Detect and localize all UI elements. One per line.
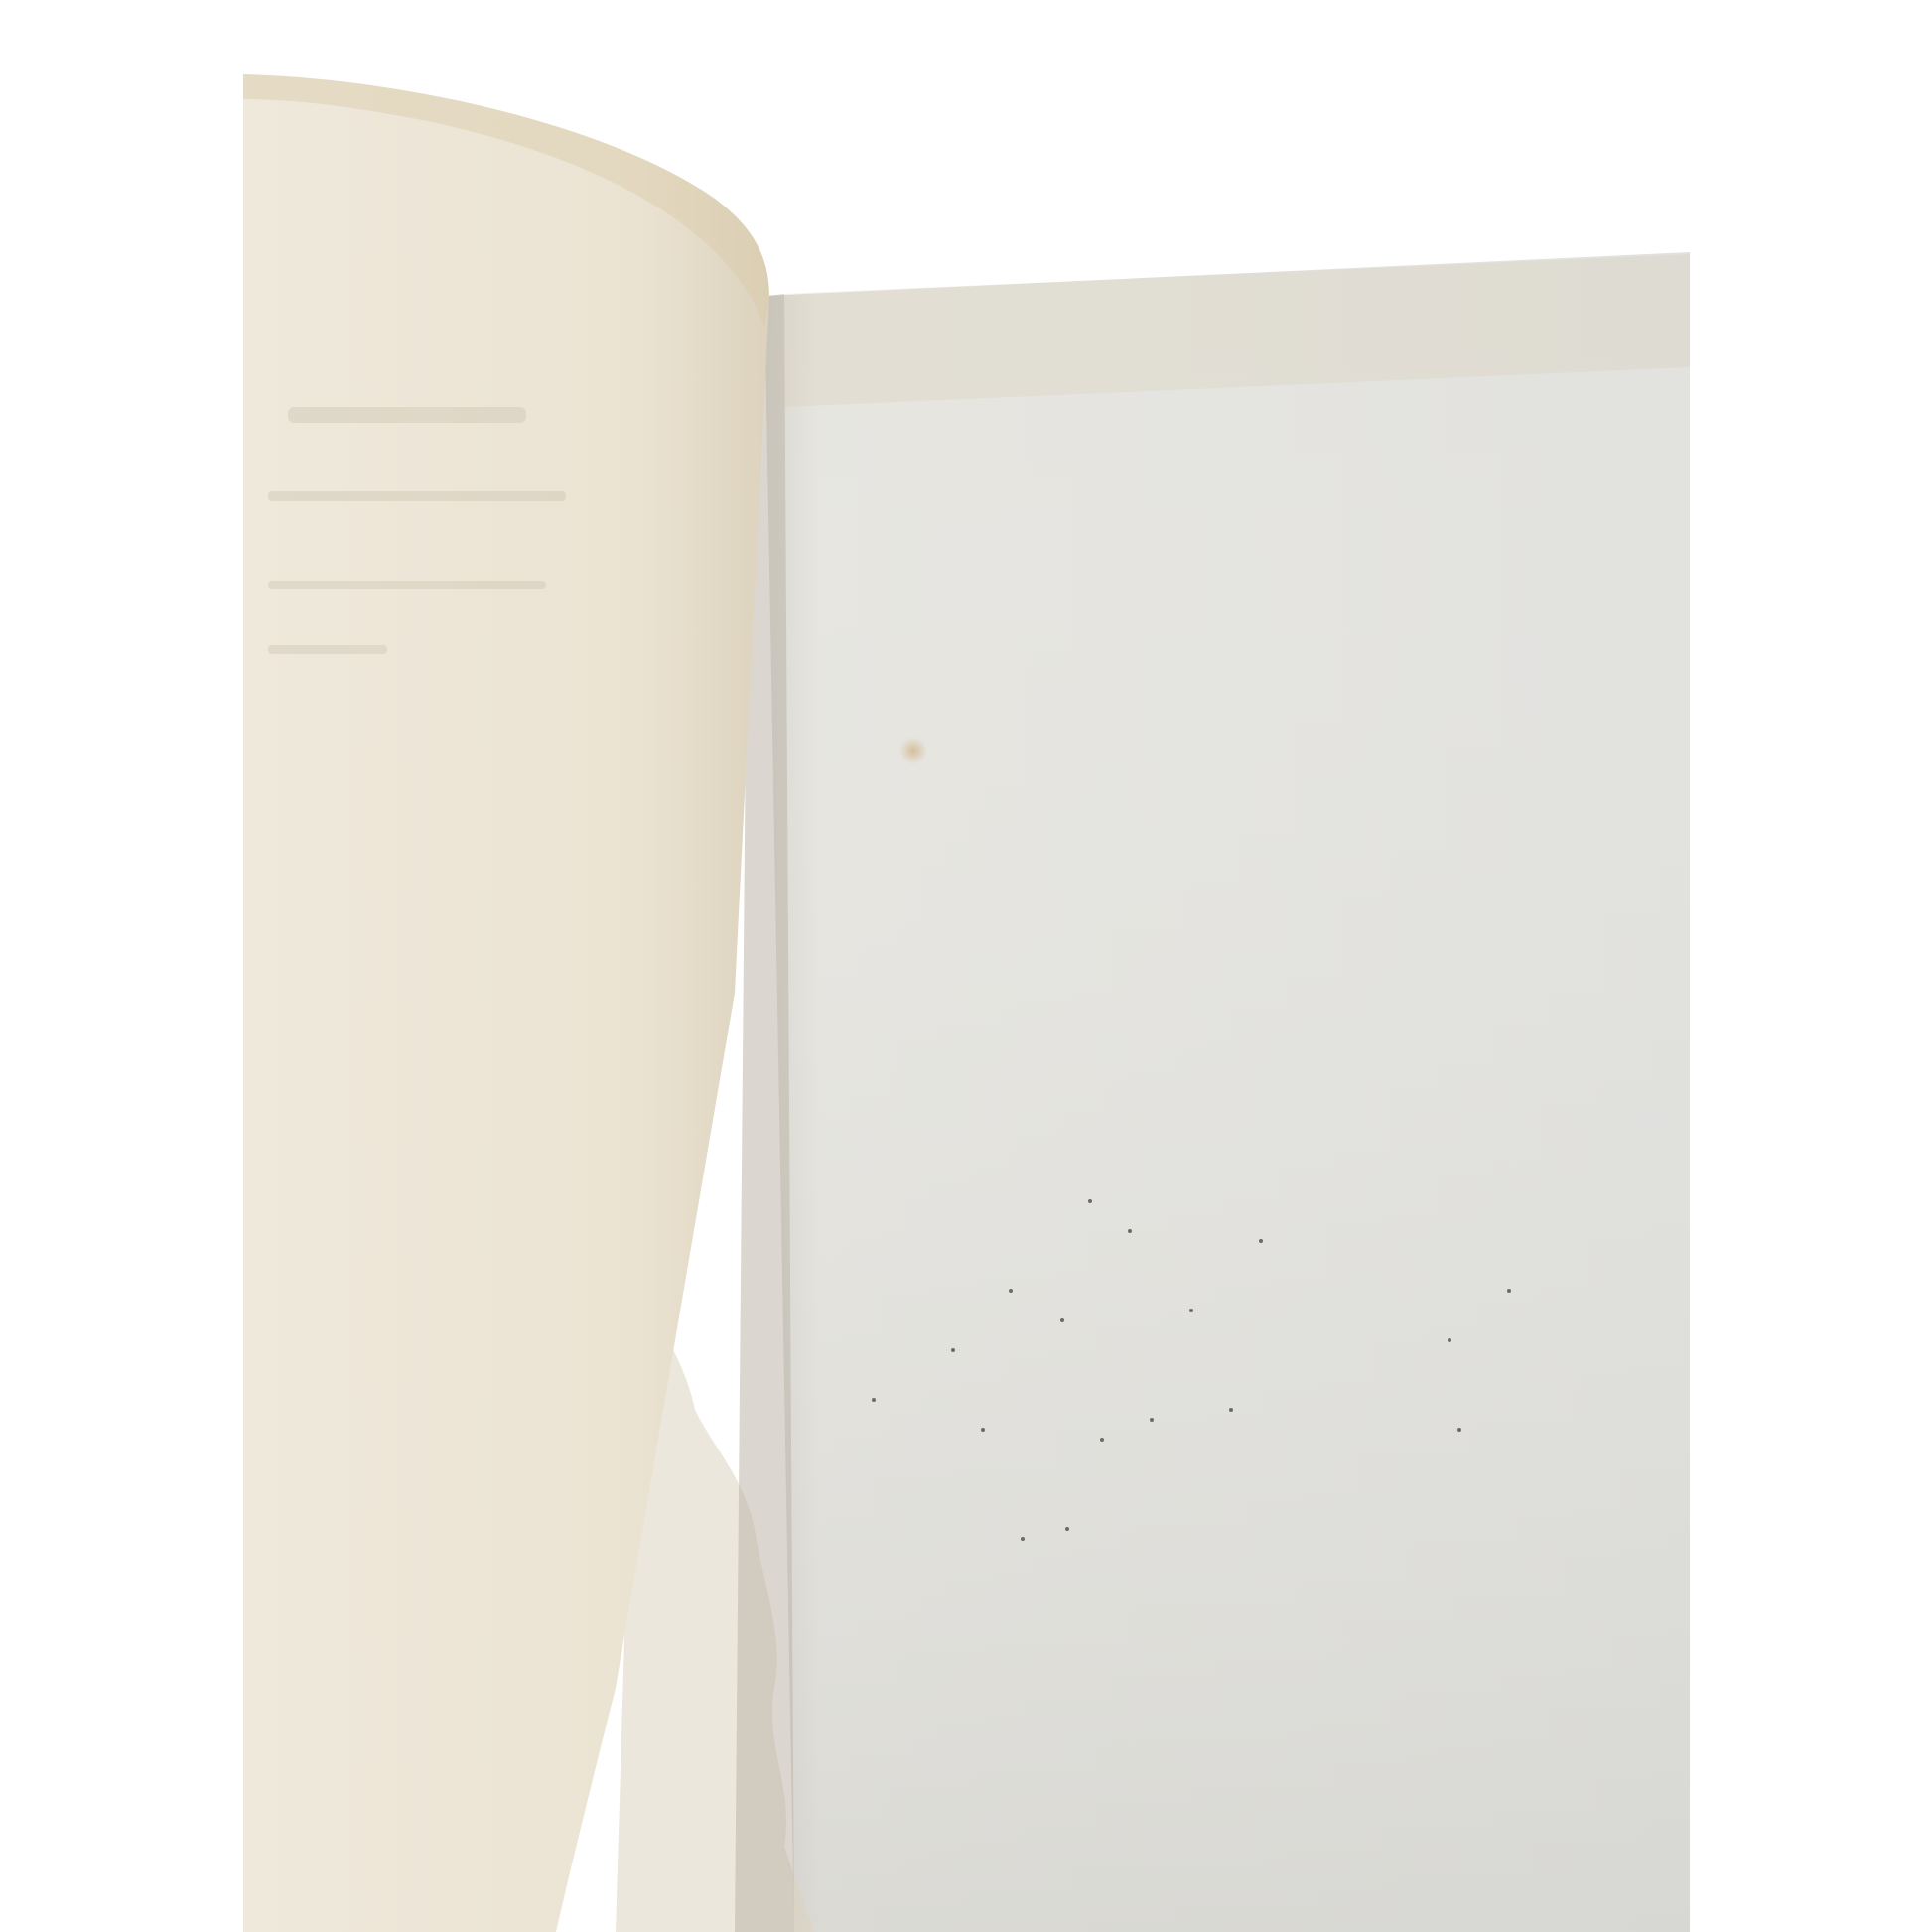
book-photo-scene: Open antique book photographed against w…	[0, 0, 1932, 1932]
foxing-spot	[899, 737, 927, 764]
open-book-illustration	[0, 0, 1932, 1932]
